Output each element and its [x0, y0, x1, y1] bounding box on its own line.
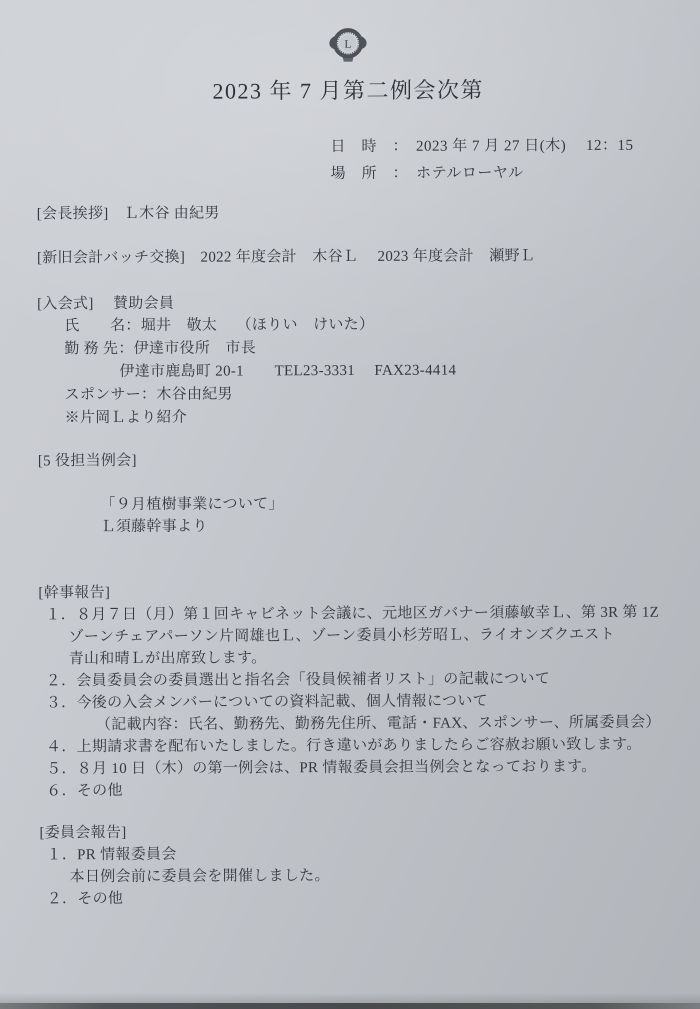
presenter-text: Ｌ須藤幹事より [100, 519, 207, 535]
emblem-letter: L [344, 39, 351, 51]
report-item: １．８月７日（月）第１回キャビネット会議に、元地区ガバナー須藤敏幸Ｌ、第 3R … [45, 601, 700, 626]
five-officers-heading: [5 役担当例会] [38, 447, 700, 472]
report-item-continuation: ゾーンチェアパーソン片岡雄也Ｌ、ゾーン委員小杉芳昭Ｌ、ライオンズクエスト [69, 623, 700, 648]
report-item: ３．今後の入会メンバーについての資料記載、個人情報について [46, 689, 700, 714]
committee-item: １．PR 情報委員会 [46, 841, 700, 866]
photo-bottom-fade [0, 993, 700, 1003]
induction-address-line: 伊達市鹿島町 20-1 TEL23-3331 FAX23-4414 [119, 358, 699, 384]
president-greeting-line: [会長挨拶] Ｌ木谷 由紀男 [37, 200, 699, 225]
meeting-place: 場 所 ： ホテルローヤル [331, 159, 699, 188]
induction-work-line: 勤 務 先：伊達市役所 市長 [64, 335, 699, 361]
report-item-detail: （記載内容：氏名、勤務先、勤務先住所、電話・FAX、スポンサー、所属委員会） [96, 711, 700, 736]
induction-note-line: ※片岡Ｌより紹介 [65, 404, 700, 430]
committee-report-section: [委員会報告] １．PR 情報委員会 本日例会前に委員会を開催しました。 ２．そ… [1, 819, 700, 910]
five-officers-topic-row: 「９月植樹事業について」 Ｌ須藤幹事より [68, 469, 700, 560]
secretary-report-heading: [幹事報告] [38, 579, 700, 604]
meeting-info-block: 日 時 ： 2023 年 7 月 27 日(木) 12：15 場 所 ： ホテル… [330, 132, 698, 188]
document-content: L 2023 年 7 月第二例会次第 日 時 ： 2023 年 7 月 27 日… [0, 0, 700, 1009]
badge-exchange-line: [新旧会計バッチ交換] 2022 年度会計 木谷Ｌ 2023 年度会計 瀬野Ｌ [37, 244, 699, 269]
report-item: ４．上期請求書を配布いたしました。行き違いがありましたらご容赦お願い致します。 [46, 733, 700, 758]
report-item: ６．その他 [46, 777, 700, 802]
secretary-report-section: [幹事報告] １．８月７日（月）第１回キャビネット会議に、元地区ガバナー須藤敏幸… [0, 579, 700, 802]
photo-bottom-edge [0, 1003, 700, 1009]
report-item-continuation: 青山和晴Ｌが出席致します。 [69, 645, 700, 670]
committee-item-continuation: 本日例会前に委員会を開催しました。 [70, 863, 700, 888]
meeting-datetime: 日 時 ： 2023 年 7 月 27 日(木) 12：15 [330, 132, 698, 161]
committee-report-heading: [委員会報告] [39, 819, 700, 844]
five-officers-section: [5 役担当例会] 「９月植樹事業について」 Ｌ須藤幹事より [0, 447, 700, 560]
induction-name-line: 氏 名：堀井 敬太 （ほりい けいた） [64, 312, 699, 338]
report-item: ２．会員委員会の委員選出と指名会「役員候補者リスト」の記載について [46, 667, 700, 692]
topic-text: 「９月植樹事業について」 [100, 493, 387, 516]
induction-sponsor-line: スポンサー：木谷由紀男 [64, 381, 699, 407]
lions-club-emblem-icon: L [327, 22, 369, 68]
report-item: ５．８月 10 日（木）の第一例会は、PR 情報委員会担当例会となっております。 [46, 755, 700, 780]
induction-heading: [入会式] 賛助会員 [37, 290, 699, 315]
scanned-meeting-agenda-page: L 2023 年 7 月第二例会次第 日 時 ： 2023 年 7 月 27 日… [0, 0, 700, 1009]
induction-section: [入会式] 賛助会員 氏 名：堀井 敬太 （ほりい けいた） 勤 務 先：伊達市… [0, 290, 700, 430]
page-title: 2023 年 7 月第二例会次第 [0, 74, 698, 107]
committee-item: ２．その他 [47, 885, 700, 910]
